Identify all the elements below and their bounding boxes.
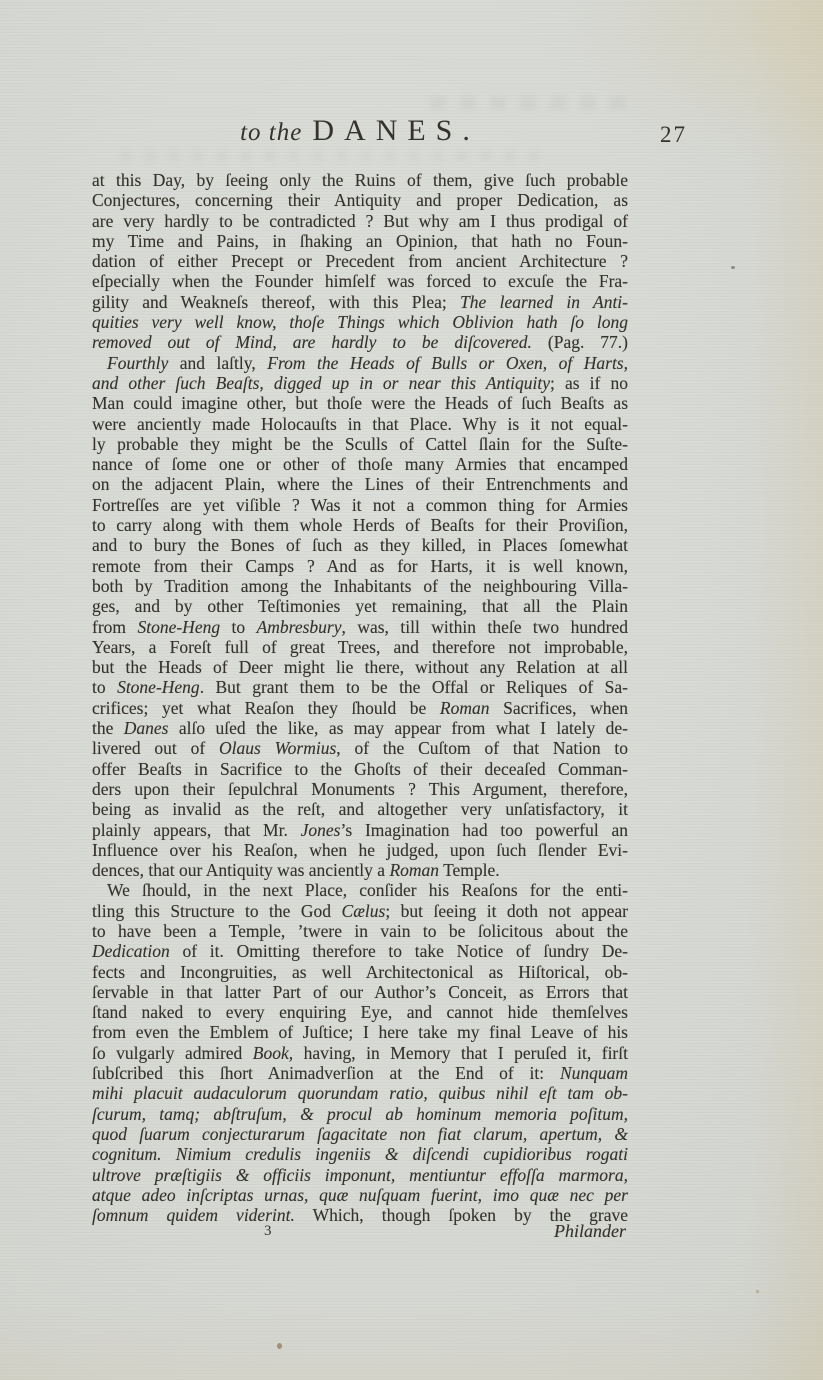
text-segment: mihi placuit audaculorum quorundam ratio… xyxy=(92,1083,628,1103)
book-page: to theDANES. 27 at this Day, by ſeeing o… xyxy=(0,0,823,1380)
text-segment: are very hardly to be contradicted ? But… xyxy=(92,211,628,231)
text-segment: fects and Incongruities, as well Archite… xyxy=(92,962,628,982)
text-line: on the adjacent Plain, where the Lines o… xyxy=(92,474,628,494)
verso-showthrough xyxy=(120,150,540,162)
text-line: Dedication of it. Omitting therefore to … xyxy=(92,941,628,961)
text-line: ſervable in that latter Part of our Auth… xyxy=(92,982,628,1002)
paper-stain-bottom xyxy=(0,1290,823,1380)
text-segment: Danes xyxy=(124,718,169,738)
text-block: at this Day, by ſeeing only the Ruins of… xyxy=(92,170,628,1225)
text-segment: Cælus xyxy=(342,901,386,921)
text-segment: Influence over his Reaſon, when he judge… xyxy=(92,840,628,860)
text-line: ders upon their ſepulchral Monuments ? T… xyxy=(92,779,628,799)
text-segment: dences, that our Antiquity was anciently… xyxy=(92,860,389,880)
text-line: livered out of Olaus Wormius, of the Cuſ… xyxy=(92,738,628,758)
text-line: to have been a Temple, ’twere in vain to… xyxy=(92,921,628,941)
text-segment: livered out of xyxy=(92,738,219,758)
text-line: gility and Weakneſs thereof, with this P… xyxy=(92,292,628,312)
footer-line: 3 Philander xyxy=(92,1221,628,1245)
text-segment: (Pag. 77.) xyxy=(532,332,628,352)
text-line: removed out of Mind, are hardly to be di… xyxy=(92,332,628,352)
text-segment: and other ſuch Beaſts, digged up in or n… xyxy=(92,373,550,393)
text-segment: , was, till within theſe two hundred xyxy=(342,617,628,637)
text-segment: , of the Cuſtom of that Nation to xyxy=(336,738,628,758)
catchword: Philander xyxy=(554,1221,626,1242)
text-segment: the xyxy=(92,718,124,738)
text-segment: from even the Emblem of Juſtice; I here … xyxy=(92,1022,628,1042)
text-segment: Stone-Heng xyxy=(137,617,220,637)
text-line: but the Heads of Deer might lie there, w… xyxy=(92,657,628,677)
text-segment: ſervable in that latter Part of our Auth… xyxy=(92,982,628,1002)
text-segment: Fortreſſes are yet viſible ? Was it not … xyxy=(92,495,628,515)
text-line: atque adeo inſcriptas urnas, quæ nuſquam… xyxy=(92,1185,628,1205)
text-segment: my Time and Pains, in ſhaking an Opinion… xyxy=(92,231,628,251)
text-segment: tling this Structure to the God xyxy=(92,901,342,921)
text-segment: having, in Memory that I peruſed it, fir… xyxy=(293,1043,628,1063)
text-line: quod ſuarum conjecturarum ſagacitate non… xyxy=(92,1124,628,1144)
text-segment: ultrove præſtigiis & officiis imponunt, … xyxy=(92,1165,628,1185)
running-header: to theDANES. xyxy=(92,114,628,148)
text-segment: quod ſuarum conjecturarum ſagacitate non… xyxy=(92,1124,628,1144)
text-segment: We ſhould, in the next Place, conſider h… xyxy=(107,880,628,900)
text-segment: alſo uſed the like, as may appear from w… xyxy=(169,718,628,738)
text-line: and to bury the Bones of ſuch as they ki… xyxy=(92,535,628,555)
text-segment: Man could imagine other, but thoſe were … xyxy=(92,393,628,413)
text-segment: to carry along with them whole Herds of … xyxy=(92,515,628,535)
text-segment: Jones xyxy=(301,820,341,840)
text-segment: Olaus Wormius xyxy=(219,738,336,758)
text-segment: From the Heads of Bulls or Oxen, of Hart… xyxy=(267,353,628,373)
text-segment: were anciently made Holocauſts in that P… xyxy=(92,414,628,434)
page-number: 27 xyxy=(660,122,687,148)
paper-fleck xyxy=(756,1290,759,1293)
text-line: ſcurum, tamq; abſtruſum, & procul ab hom… xyxy=(92,1104,628,1124)
text-segment: Years, a Foreſt full of great Trees, and… xyxy=(92,637,628,657)
text-segment: ſo vulgarly admired xyxy=(92,1043,253,1063)
text-line: being as invalid as the reſt, and altoge… xyxy=(92,799,628,819)
text-line: mihi placuit audaculorum quorundam ratio… xyxy=(92,1083,628,1103)
text-line: dation of either Precept or Precedent fr… xyxy=(92,251,628,271)
text-line: ſo vulgarly admired Book, having, in Mem… xyxy=(92,1043,628,1063)
text-line: Conjectures, concerning their Antiquity … xyxy=(92,190,628,210)
text-segment: atque adeo inſcriptas urnas, quæ nuſquam… xyxy=(92,1185,628,1205)
signature-mark: 3 xyxy=(264,1223,272,1240)
text-line: from even the Emblem of Juſtice; I here … xyxy=(92,1022,628,1042)
text-segment: Temple. xyxy=(439,860,500,880)
text-segment: offer Beaſts in Sacrifice to the Ghoſts … xyxy=(92,759,628,779)
text-segment: to xyxy=(92,677,117,697)
text-segment: Book, xyxy=(253,1043,293,1063)
text-line: ultrove præſtigiis & officiis imponunt, … xyxy=(92,1165,628,1185)
text-line: Man could imagine other, but thoſe were … xyxy=(92,393,628,413)
text-segment: The learned in Anti- xyxy=(460,292,628,312)
text-line: nance of ſome one or other of thoſe many… xyxy=(92,454,628,474)
text-segment: Conjectures, concerning their Antiquity … xyxy=(92,190,628,210)
text-segment: removed out of Mind, are hardly to be di… xyxy=(92,332,532,352)
text-segment: from xyxy=(92,617,137,637)
text-segment: Roman xyxy=(389,860,439,880)
text-segment: crifices; yet what Reaſon they ſhould be xyxy=(92,698,440,718)
text-segment: . But grant them to be the Offal or Reli… xyxy=(200,677,628,697)
text-segment: Stone-Heng xyxy=(117,677,200,697)
text-line: and other ſuch Beaſts, digged up in or n… xyxy=(92,373,628,393)
text-segment: and to bury the Bones of ſuch as they ki… xyxy=(92,535,628,555)
text-line: fects and Incongruities, as well Archite… xyxy=(92,962,628,982)
text-segment: ; as if no xyxy=(550,373,628,393)
text-line: plainly appears, that Mr. Jones’s Imagin… xyxy=(92,820,628,840)
text-line: were anciently made Holocauſts in that P… xyxy=(92,414,628,434)
text-segment: of it. Omitting therefore to take Notice… xyxy=(170,941,628,961)
text-line: ſtand naked to every enquiring Eye, and … xyxy=(92,1002,628,1022)
text-line: ly probable they might be the Sculls of … xyxy=(92,434,628,454)
text-segment: Roman xyxy=(440,698,490,718)
text-line: remote from their Camps ? And as for Har… xyxy=(92,556,628,576)
running-title: DANES. xyxy=(312,114,480,147)
text-segment: Fourthly xyxy=(107,353,168,373)
text-line: offer Beaſts in Sacrifice to the Ghoſts … xyxy=(92,759,628,779)
verso-showthrough xyxy=(430,96,640,110)
text-segment: on the adjacent Plain, where the Lines o… xyxy=(92,474,628,494)
text-line: are very hardly to be contradicted ? But… xyxy=(92,211,628,231)
text-line: eſpecially when the Founder himſelf was … xyxy=(92,271,628,291)
text-segment: ſtand naked to every enquiring Eye, and … xyxy=(92,1002,628,1022)
text-line: dences, that our Antiquity was anciently… xyxy=(92,860,628,880)
text-line: both by Tradition among the Inhabitants … xyxy=(92,576,628,596)
text-line: Fourthly and laſtly, From the Heads of B… xyxy=(92,353,628,373)
text-line: Fortreſſes are yet viſible ? Was it not … xyxy=(92,495,628,515)
text-segment: Sacrifices, when xyxy=(490,698,628,718)
text-segment: remote from their Camps ? And as for Har… xyxy=(92,556,628,576)
text-segment: Dedication xyxy=(92,941,170,961)
text-line: to carry along with them whole Herds of … xyxy=(92,515,628,535)
text-line: from Stone-Heng to Ambresbury, was, till… xyxy=(92,617,628,637)
text-line: to Stone-Heng. But grant them to be the … xyxy=(92,677,628,697)
text-segment: quities very well know, thoſe Things whi… xyxy=(92,312,628,332)
text-line: Influence over his Reaſon, when he judge… xyxy=(92,840,628,860)
text-segment: at this Day, by ſeeing only the Ruins of… xyxy=(92,170,628,190)
text-segment: and laſtly, xyxy=(168,353,267,373)
text-segment: but the Heads of Deer might lie there, w… xyxy=(92,657,628,677)
text-segment: eſpecially when the Founder himſelf was … xyxy=(92,271,628,291)
text-segment: plainly appears, that Mr. xyxy=(92,820,301,840)
text-line: We ſhould, in the next Place, conſider h… xyxy=(92,880,628,900)
text-segment: gility and Weakneſs thereof, with this P… xyxy=(92,292,460,312)
text-segment: ſubſcribed this ſhort Animadverſion at t… xyxy=(92,1063,560,1083)
text-line: crifices; yet what Reaſon they ſhould be… xyxy=(92,698,628,718)
text-line: ſubſcribed this ſhort Animadverſion at t… xyxy=(92,1063,628,1083)
text-segment: being as invalid as the reſt, and altoge… xyxy=(92,799,628,819)
text-segment: ; but ſeeing it doth not appear xyxy=(385,901,628,921)
text-line: Years, a Foreſt full of great Trees, and… xyxy=(92,637,628,657)
text-segment: nance of ſome one or other of thoſe many… xyxy=(92,454,628,474)
text-segment: to xyxy=(220,617,257,637)
text-line: the Danes alſo uſed the like, as may app… xyxy=(92,718,628,738)
text-line: cognitum. Nimium credulis ingeniis & diſ… xyxy=(92,1144,628,1164)
paper-fleck xyxy=(731,266,735,269)
text-line: ges, and by other Teſtimonies yet remain… xyxy=(92,596,628,616)
text-segment: cognitum. Nimium credulis ingeniis & diſ… xyxy=(92,1144,628,1164)
text-line: at this Day, by ſeeing only the Ruins of… xyxy=(92,170,628,190)
text-segment: to have been a Temple, ’twere in vain to… xyxy=(92,921,628,941)
paper-fleck xyxy=(277,1343,282,1349)
text-segment: ſcurum, tamq; abſtruſum, & procul ab hom… xyxy=(92,1104,628,1124)
text-segment: ders upon their ſepulchral Monuments ? T… xyxy=(92,779,628,799)
text-segment: both by Tradition among the Inhabitants … xyxy=(92,576,628,596)
text-line: tling this Structure to the God Cælus; b… xyxy=(92,901,628,921)
text-line: my Time and Pains, in ſhaking an Opinion… xyxy=(92,231,628,251)
text-segment: ges, and by other Teſtimonies yet remain… xyxy=(92,596,628,616)
text-line: quities very well know, thoſe Things whi… xyxy=(92,312,628,332)
text-segment: Ambresbury xyxy=(257,617,342,637)
paper-stain-right xyxy=(733,0,823,1380)
text-segment: ’s Imagination had too powerful an xyxy=(340,820,628,840)
running-title-prefix: to the xyxy=(240,119,312,146)
text-segment: dation of either Precept or Precedent fr… xyxy=(92,251,628,271)
text-segment: ly probable they might be the Sculls of … xyxy=(92,434,628,454)
text-segment: Nunquam xyxy=(560,1063,628,1083)
